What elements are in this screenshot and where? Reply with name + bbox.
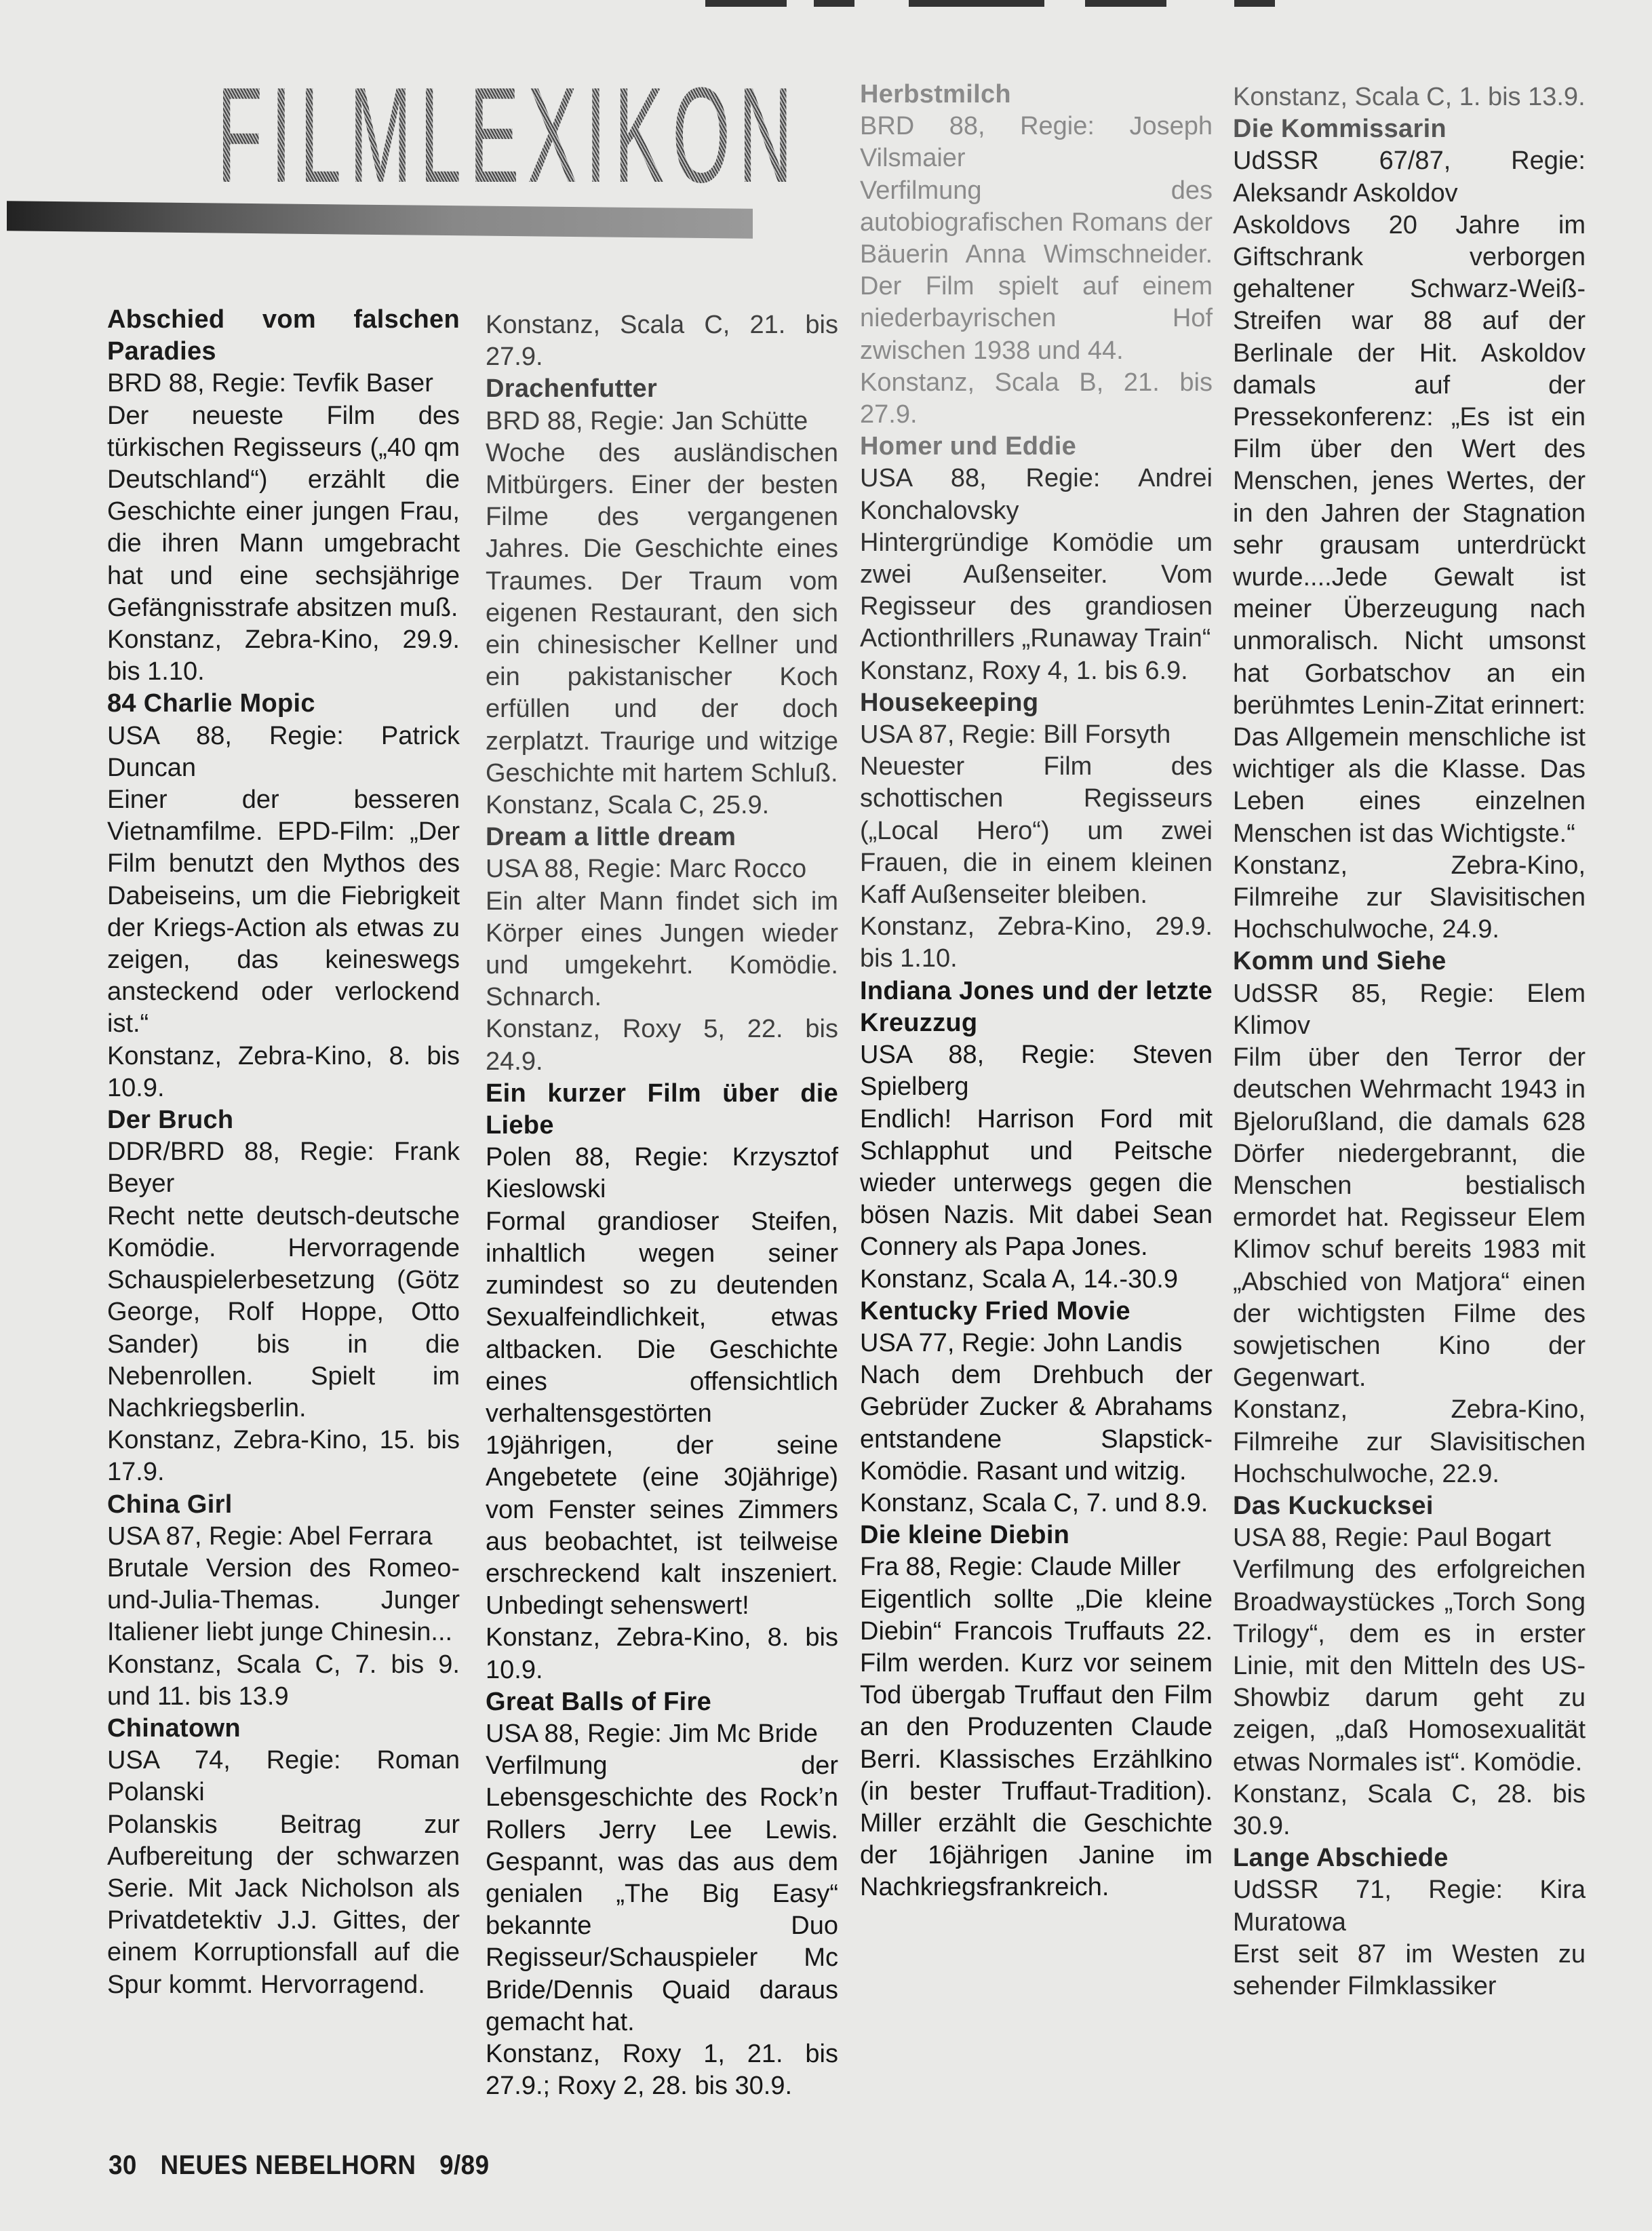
- film-title: Indiana Jones und der letzte Kreuzzug: [860, 975, 1213, 1039]
- film-description: Endlich! Harrison Ford mit Schlapphut un…: [860, 1104, 1213, 1264]
- film-entry: Indiana Jones und der letzte Kreuzzug US…: [860, 975, 1213, 1296]
- film-screening: Konstanz, Zebra-Kino, Filmreihe zur Slav…: [1233, 850, 1586, 946]
- film-entry: Die kleine Diebin Fra 88, Regie: Claude …: [860, 1519, 1213, 1903]
- film-screening: Konstanz, Zebra-Kino, 8. bis 10.9.: [486, 1622, 838, 1686]
- film-description: Verfilmung der Lebensgeschichte des Rock…: [486, 1750, 838, 2038]
- issue-number: 9/89: [439, 2150, 489, 2180]
- film-title: Chinatown: [107, 1713, 460, 1745]
- film-meta: USA 87, Regie: Bill Forsyth: [860, 719, 1213, 751]
- film-description: Woche des ausländischen Mitbürgers. Eine…: [486, 438, 838, 790]
- film-meta: DDR/BRD 88, Regie: Frank Beyer: [107, 1136, 460, 1200]
- film-screening: Konstanz, Zebra-Kino, 29.9. bis 1.10.: [860, 911, 1213, 975]
- film-description: Neuester Film des schottischen Regisseur…: [860, 751, 1213, 911]
- film-entry: Abschied vom falschen Paradies BRD 88, R…: [107, 304, 460, 688]
- film-entry: Lange Abschiede UdSSR 71, Regie: Kira Mu…: [1233, 1842, 1586, 2002]
- film-title: Homer und Eddie: [860, 431, 1213, 463]
- film-description: Der neueste Film des türkischen Regisseu…: [107, 400, 460, 624]
- film-title: Ein kurzer Film über die Liebe: [486, 1078, 838, 1142]
- film-screening: Konstanz, Scala B, 21. bis 27.9.: [860, 367, 1213, 431]
- film-description: Ein alter Mann findet sich im Körper ein…: [486, 886, 838, 1014]
- film-entry: Ein kurzer Film über die Liebe Polen 88,…: [486, 1078, 838, 1686]
- film-entry: Great Balls of Fire USA 88, Regie: Jim M…: [486, 1686, 838, 2103]
- film-meta: BRD 88, Regie: Joseph Vilsmaier: [860, 111, 1213, 174]
- film-meta: Fra 88, Regie: Claude Miller: [860, 1551, 1213, 1583]
- film-title: Drachenfutter: [486, 373, 838, 405]
- film-screening: Konstanz, Scala C, 25.9.: [486, 790, 838, 821]
- film-entry: Die Kommissarin UdSSR 67/87, Regie: Alek…: [1233, 113, 1586, 946]
- film-meta: USA 88, Regie: Andrei Konchalovsky: [860, 463, 1213, 526]
- film-entry: Chinatown USA 74, Regie: Roman Polanski …: [107, 1713, 460, 2001]
- film-entry: 84 Charlie Mopic USA 88, Regie: Patrick …: [107, 688, 460, 1104]
- film-screening: Konstanz, Zebra-Kino, 8. bis 10.9.: [107, 1041, 460, 1104]
- film-description: Askoldovs 20 Jahre im Giftschrank verbor…: [1233, 210, 1586, 850]
- film-meta: UdSSR 67/87, Regie: Aleksandr Askoldov: [1233, 145, 1586, 209]
- film-title: Herbstmilch: [860, 79, 1213, 111]
- film-screening: Konstanz, Scala C, 7. und 8.9.: [860, 1488, 1213, 1519]
- film-entry: Komm und Siehe UdSSR 85, Regie: Elem Kli…: [1233, 946, 1586, 1490]
- film-title: Dream a little dream: [486, 821, 838, 853]
- film-screening: Konstanz, Scala C, 7. bis 9. und 11. bis…: [107, 1649, 460, 1713]
- film-meta: Polen 88, Regie: Krzysztof Kieslowski: [486, 1142, 838, 1205]
- film-entry: Drachenfutter BRD 88, Regie: Jan Schütte…: [486, 373, 838, 821]
- film-title: Die Kommissarin: [1233, 113, 1586, 145]
- film-screening-continued: Konstanz, Scala C, 21. bis 27.9.: [486, 309, 838, 373]
- film-description: Polanskis Beitrag zur Aufbereitung der s…: [107, 1809, 460, 2001]
- film-entry: Dream a little dream USA 88, Regie: Marc…: [486, 821, 838, 1078]
- film-description: Hintergründige Komödie um zwei Außenseit…: [860, 527, 1213, 655]
- film-screening: Konstanz, Zebra-Kino, 15. bis 17.9.: [107, 1424, 460, 1488]
- film-meta: USA 87, Regie: Abel Ferrara: [107, 1521, 460, 1553]
- film-screening: Konstanz, Roxy 5, 22. bis 24.9.: [486, 1013, 838, 1077]
- film-title: Housekeeping: [860, 687, 1213, 719]
- film-meta: USA 88, Regie: Jim Mc Bride: [486, 1718, 838, 1750]
- top-edge-marks: [705, 0, 1316, 9]
- film-meta: USA 88, Regie: Steven Spielberg: [860, 1039, 1213, 1103]
- column-1: Abschied vom falschen Paradies BRD 88, R…: [107, 304, 460, 2001]
- film-screening: Konstanz, Roxy 1, 21. bis 27.9.; Roxy 2,…: [486, 2038, 838, 2102]
- film-screening-continued: Konstanz, Scala C, 1. bis 13.9.: [1233, 81, 1586, 113]
- film-title: Great Balls of Fire: [486, 1686, 838, 1718]
- film-description: Brutale Version des Romeo-und-Julia-Them…: [107, 1553, 460, 1649]
- film-description: Erst seit 87 im Westen zu sehender Filmk…: [1233, 1939, 1586, 2002]
- film-title: Der Bruch: [107, 1104, 460, 1136]
- film-meta: USA 74, Regie: Roman Polanski: [107, 1745, 460, 1808]
- film-description: Formal grandioser Steifen, inhaltlich we…: [486, 1206, 838, 1623]
- film-entry: Herbstmilch BRD 88, Regie: Joseph Vilsma…: [860, 79, 1213, 431]
- film-meta: BRD 88, Regie: Jan Schütte: [486, 406, 838, 438]
- film-meta: USA 88, Regie: Paul Bogart: [1233, 1522, 1586, 1554]
- film-entry: Homer und Eddie USA 88, Regie: Andrei Ko…: [860, 431, 1213, 687]
- film-meta: USA 88, Regie: Patrick Duncan: [107, 720, 460, 784]
- magazine-name: NEUES NEBELHORN: [160, 2150, 416, 2180]
- film-screening: Konstanz, Zebra-Kino, 29.9. bis 1.10.: [107, 624, 460, 688]
- page-number: 30: [109, 2150, 137, 2180]
- film-description: Recht nette deutsch-deutsche Komödie. He…: [107, 1201, 460, 1424]
- film-meta: USA 88, Regie: Marc Rocco: [486, 853, 838, 885]
- film-entry: Das Kuckucksei USA 88, Regie: Paul Bogar…: [1233, 1490, 1586, 1842]
- film-entry: Housekeeping USA 87, Regie: Bill Forsyth…: [860, 687, 1213, 975]
- film-entry: Der Bruch DDR/BRD 88, Regie: Frank Beyer…: [107, 1104, 460, 1488]
- film-meta: BRD 88, Regie: Tevfik Baser: [107, 368, 460, 400]
- film-description: Nach dem Drehbuch der Gebrüder Zucker & …: [860, 1359, 1213, 1488]
- column-4: Konstanz, Scala C, 1. bis 13.9. Die Komm…: [1233, 81, 1586, 2002]
- film-title: Die kleine Diebin: [860, 1519, 1213, 1551]
- film-title: Lange Abschiede: [1233, 1842, 1586, 1874]
- film-meta: UdSSR 85, Regie: Elem Klimov: [1233, 978, 1586, 1042]
- film-screening: Konstanz, Scala C, 28. bis 30.9.: [1233, 1779, 1586, 1842]
- film-meta: USA 77, Regie: John Landis: [860, 1327, 1213, 1359]
- film-title: Das Kuckucksei: [1233, 1490, 1586, 1522]
- page-title: FILMLEXIKON: [217, 75, 801, 197]
- page-footer: 30 NEUES NEBELHORN 9/89: [109, 2150, 505, 2181]
- column-2: Konstanz, Scala C, 21. bis 27.9. Drachen…: [486, 309, 838, 2102]
- film-title: 84 Charlie Mopic: [107, 688, 460, 720]
- film-description: Verfilmung des autobiografischen Romans …: [860, 175, 1213, 367]
- film-description: Eigentlich sollte „Die kleine Diebin“ Fr…: [860, 1584, 1213, 1904]
- film-title: China Girl: [107, 1489, 460, 1521]
- film-screening: Konstanz, Scala A, 14.-30.9: [860, 1264, 1213, 1296]
- film-title: Kentucky Fried Movie: [860, 1296, 1213, 1327]
- film-screening: Konstanz, Roxy 4, 1. bis 6.9.: [860, 655, 1213, 687]
- film-entry: China Girl USA 87, Regie: Abel Ferrara B…: [107, 1489, 460, 1713]
- film-description: Film über den Terror der deutschen Wehrm…: [1233, 1042, 1586, 1394]
- film-title: Abschied vom falschen Paradies: [107, 304, 460, 368]
- film-meta: UdSSR 71, Regie: Kira Muratowa: [1233, 1874, 1586, 1938]
- column-3: Herbstmilch BRD 88, Regie: Joseph Vilsma…: [860, 79, 1213, 1904]
- film-description: Verfilmung des erfolgreichen Broadwaystü…: [1233, 1554, 1586, 1778]
- film-title: Komm und Siehe: [1233, 946, 1586, 977]
- film-screening: Konstanz, Zebra-Kino, Filmreihe zur Slav…: [1233, 1394, 1586, 1490]
- film-description: Einer der besseren Vietnamfilme. EPD-Fil…: [107, 784, 460, 1041]
- film-entry: Kentucky Fried Movie USA 77, Regie: John…: [860, 1296, 1213, 1519]
